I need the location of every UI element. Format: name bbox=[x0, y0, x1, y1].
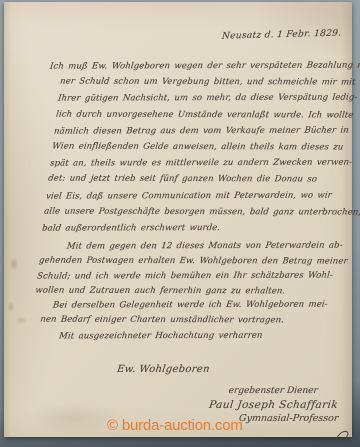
letter-line: Wien einfließenden Gelde anweisen, allei… bbox=[51, 139, 360, 156]
letter-paragraph-2: Mit dem gegen den 12 dieses Monats von P… bbox=[34, 239, 350, 299]
auction-watermark: © burda-auction.com bbox=[107, 417, 243, 434]
letter-line: Bei derselben Gelegenheit werde ich Ew. … bbox=[52, 298, 328, 314]
signature-name: Paul Joseph Schaffarik bbox=[208, 399, 339, 413]
letter-paragraph-3: Bei derselben Gelegenheit werde ich Ew. … bbox=[39, 298, 328, 328]
letter-closing-line: Mit ausgezeichneter Hochachtung verharre… bbox=[58, 329, 263, 344]
letter-line: nen Bedarf einiger Charten umständlicher… bbox=[39, 313, 326, 329]
letter-line: gehenden Postwagen erhalten Ew. Wohlgebo… bbox=[38, 254, 348, 270]
letter-line: bald außerordentlich erschwert wurde. bbox=[41, 219, 360, 236]
letter-line: alle unsere Postgeschäfte besorgen müsse… bbox=[43, 203, 360, 220]
letter-paragraph-1: Ich muß Ew. Wohlgeboren wegen der sehr v… bbox=[29, 58, 360, 236]
letter-line: viel Eis, daß unsere Communication mit P… bbox=[45, 187, 360, 204]
letter-line: Ihrer gütigen Nachsicht, um so mehr, da … bbox=[57, 90, 360, 107]
letter-salutation: Ew. Wohlgeboren bbox=[116, 364, 210, 375]
signature-flourish-icon bbox=[336, 429, 356, 442]
letter-line: nämlich diesen Betrag aus dem vom Verkau… bbox=[53, 122, 360, 139]
letter-line: ner Schuld schon um Vergebung bitten, un… bbox=[59, 74, 360, 91]
signature-valediction: ergebenster Diener bbox=[210, 385, 319, 399]
letter-line: Schuld; und ich werde mich bemühen ein I… bbox=[36, 268, 346, 284]
letter-dateline: Neusatz d. 1 Febr. 1829. bbox=[221, 28, 341, 41]
letter-line: det: und jetzt trieb seit fünf ganzen Wo… bbox=[47, 171, 360, 188]
scanned-letter: Neusatz d. 1 Febr. 1829. Ich muß Ew. Woh… bbox=[0, 0, 360, 447]
letter-line: Mit ausgezeichneter Hochachtung verharre… bbox=[58, 329, 263, 345]
letter-line: lich durch unvorgesehene Umstände veranl… bbox=[55, 106, 360, 123]
letter-line: Ich muß Ew. Wohlgeboren wegen der sehr v… bbox=[49, 57, 360, 74]
letter-line: spät an, theils wurde es mittlerweile zu… bbox=[49, 155, 360, 172]
letter-line: Mit dem gegen den 12 dieses Monats von P… bbox=[66, 239, 350, 255]
letter-paper: Neusatz d. 1 Febr. 1829. Ich muß Ew. Woh… bbox=[4, 2, 352, 437]
